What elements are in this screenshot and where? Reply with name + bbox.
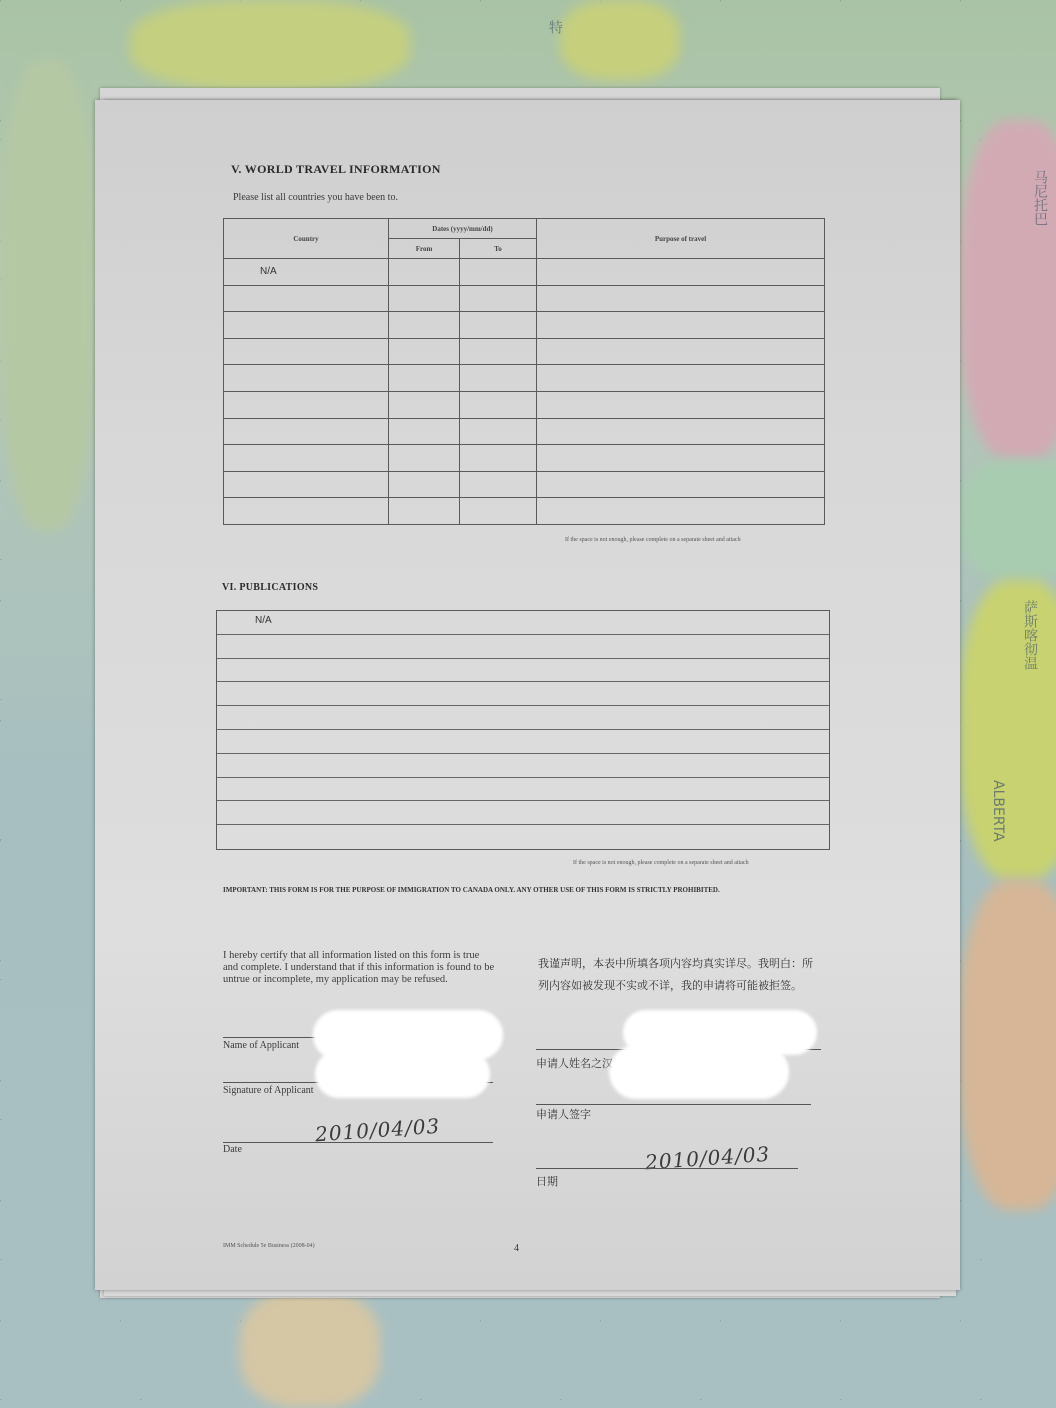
- travel-cell-country[interactable]: [224, 391, 389, 418]
- travel-cell-from[interactable]: [389, 259, 460, 286]
- travel-row: [224, 498, 825, 525]
- travel-cell-country[interactable]: [224, 418, 389, 445]
- travel-row: [224, 445, 825, 472]
- travel-row: [224, 338, 825, 365]
- form-page: V. WORLD TRAVEL INFORMATION Please list …: [95, 100, 960, 1290]
- signature-label-zh: 申请人签字: [536, 1106, 591, 1122]
- col-purpose: Purpose of travel: [537, 219, 825, 259]
- publications-table: N/A: [216, 610, 830, 850]
- publication-row[interactable]: [217, 730, 829, 754]
- travel-row: [224, 365, 825, 392]
- travel-cell-to[interactable]: [460, 498, 537, 525]
- page-number: 4: [514, 1243, 519, 1254]
- signature-of-applicant-label: Signature of Applicant: [223, 1085, 314, 1096]
- travel-cell-purpose[interactable]: [537, 285, 825, 312]
- travel-cell-to[interactable]: [460, 365, 537, 392]
- travel-cell-from[interactable]: [389, 445, 460, 472]
- travel-cell-from[interactable]: [389, 498, 460, 525]
- travel-cell-country[interactable]: [224, 312, 389, 339]
- publication-row[interactable]: [217, 635, 829, 659]
- travel-cell-purpose[interactable]: [537, 498, 825, 525]
- travel-cell-country[interactable]: [224, 498, 389, 525]
- map-text: 萨斯喀彻温: [1020, 600, 1040, 670]
- travel-cell-from[interactable]: [389, 312, 460, 339]
- travel-cell-purpose[interactable]: [537, 391, 825, 418]
- col-dates: Dates (yyyy/mm/dd): [389, 219, 537, 239]
- travel-instruction: Please list all countries you have been …: [233, 192, 398, 203]
- section-title-publications: VI. PUBLICATIONS: [222, 582, 318, 593]
- col-country: Country: [224, 219, 389, 259]
- travel-row: N/A: [224, 259, 825, 286]
- travel-cell-country[interactable]: [224, 285, 389, 312]
- publications-footnote: If the space is not enough, please compl…: [573, 860, 749, 866]
- travel-row: [224, 312, 825, 339]
- col-from: From: [389, 239, 460, 259]
- map-region: [130, 0, 410, 90]
- travel-cell-to[interactable]: [460, 285, 537, 312]
- map-region: [960, 580, 1056, 880]
- travel-row: [224, 391, 825, 418]
- travel-cell-from[interactable]: [389, 391, 460, 418]
- travel-cell-purpose[interactable]: [537, 418, 825, 445]
- publication-row[interactable]: [217, 801, 829, 825]
- travel-cell-purpose[interactable]: [537, 445, 825, 472]
- map-region: [960, 880, 1056, 1210]
- travel-cell-purpose[interactable]: [537, 259, 825, 286]
- col-to: To: [460, 239, 537, 259]
- certification-english: I hereby certify that all information li…: [223, 950, 495, 986]
- travel-cell-country[interactable]: [224, 445, 389, 472]
- travel-cell-to[interactable]: [460, 259, 537, 286]
- travel-cell-country[interactable]: N/A: [224, 259, 389, 286]
- travel-cell-to[interactable]: [460, 338, 537, 365]
- date-label: Date: [223, 1144, 242, 1155]
- redaction: [315, 1050, 490, 1098]
- section-title-travel: V. WORLD TRAVEL INFORMATION: [231, 162, 441, 177]
- name-of-applicant-label: Name of Applicant: [223, 1040, 299, 1051]
- travel-cell-country[interactable]: [224, 471, 389, 498]
- travel-row: [224, 418, 825, 445]
- publication-row[interactable]: [217, 778, 829, 802]
- travel-cell-from[interactable]: [389, 471, 460, 498]
- travel-footnote: If the space is not enough, please compl…: [565, 537, 741, 543]
- travel-cell-country[interactable]: [224, 365, 389, 392]
- travel-cell-from[interactable]: [389, 338, 460, 365]
- map-text: 马尼托巴: [1030, 170, 1050, 226]
- date-handwritten-zh: 2010/04/03: [644, 1142, 771, 1175]
- certification-chinese: 我谨声明，本表中所填各项内容均真实详尽。我明白：所列内容如被发现不实或不详，我的…: [538, 953, 818, 997]
- travel-cell-to[interactable]: [460, 418, 537, 445]
- map-text: ALBERTA: [990, 780, 1006, 842]
- travel-cell-to[interactable]: [460, 312, 537, 339]
- travel-cell-to[interactable]: [460, 391, 537, 418]
- date-label-zh: 日期: [536, 1173, 558, 1189]
- travel-table: Country Dates (yyyy/mm/dd) Purpose of tr…: [223, 218, 825, 525]
- redaction: [609, 1045, 789, 1099]
- publication-row[interactable]: N/A: [217, 611, 829, 635]
- travel-cell-from[interactable]: [389, 365, 460, 392]
- publication-row[interactable]: [217, 682, 829, 706]
- map-text: 特: [545, 20, 565, 34]
- map-region: [240, 1290, 380, 1408]
- travel-cell-from[interactable]: [389, 285, 460, 312]
- travel-cell-purpose[interactable]: [537, 365, 825, 392]
- publication-row[interactable]: [217, 825, 829, 849]
- travel-cell-country[interactable]: [224, 338, 389, 365]
- travel-cell-to[interactable]: [460, 445, 537, 472]
- travel-cell-purpose[interactable]: [537, 338, 825, 365]
- travel-cell-from[interactable]: [389, 418, 460, 445]
- important-notice: IMPORTANT: THIS FORM IS FOR THE PURPOSE …: [223, 886, 813, 894]
- publication-row[interactable]: [217, 706, 829, 730]
- travel-row: [224, 471, 825, 498]
- form-identifier: IMM Schedule 5e Business (2008-04): [223, 1243, 315, 1249]
- publication-row[interactable]: [217, 754, 829, 778]
- map-region: [960, 460, 1056, 580]
- travel-cell-to[interactable]: [460, 471, 537, 498]
- travel-cell-purpose[interactable]: [537, 312, 825, 339]
- publication-row[interactable]: [217, 659, 829, 683]
- map-region: [0, 60, 95, 530]
- travel-row: [224, 285, 825, 312]
- travel-cell-purpose[interactable]: [537, 471, 825, 498]
- map-region: [560, 0, 680, 80]
